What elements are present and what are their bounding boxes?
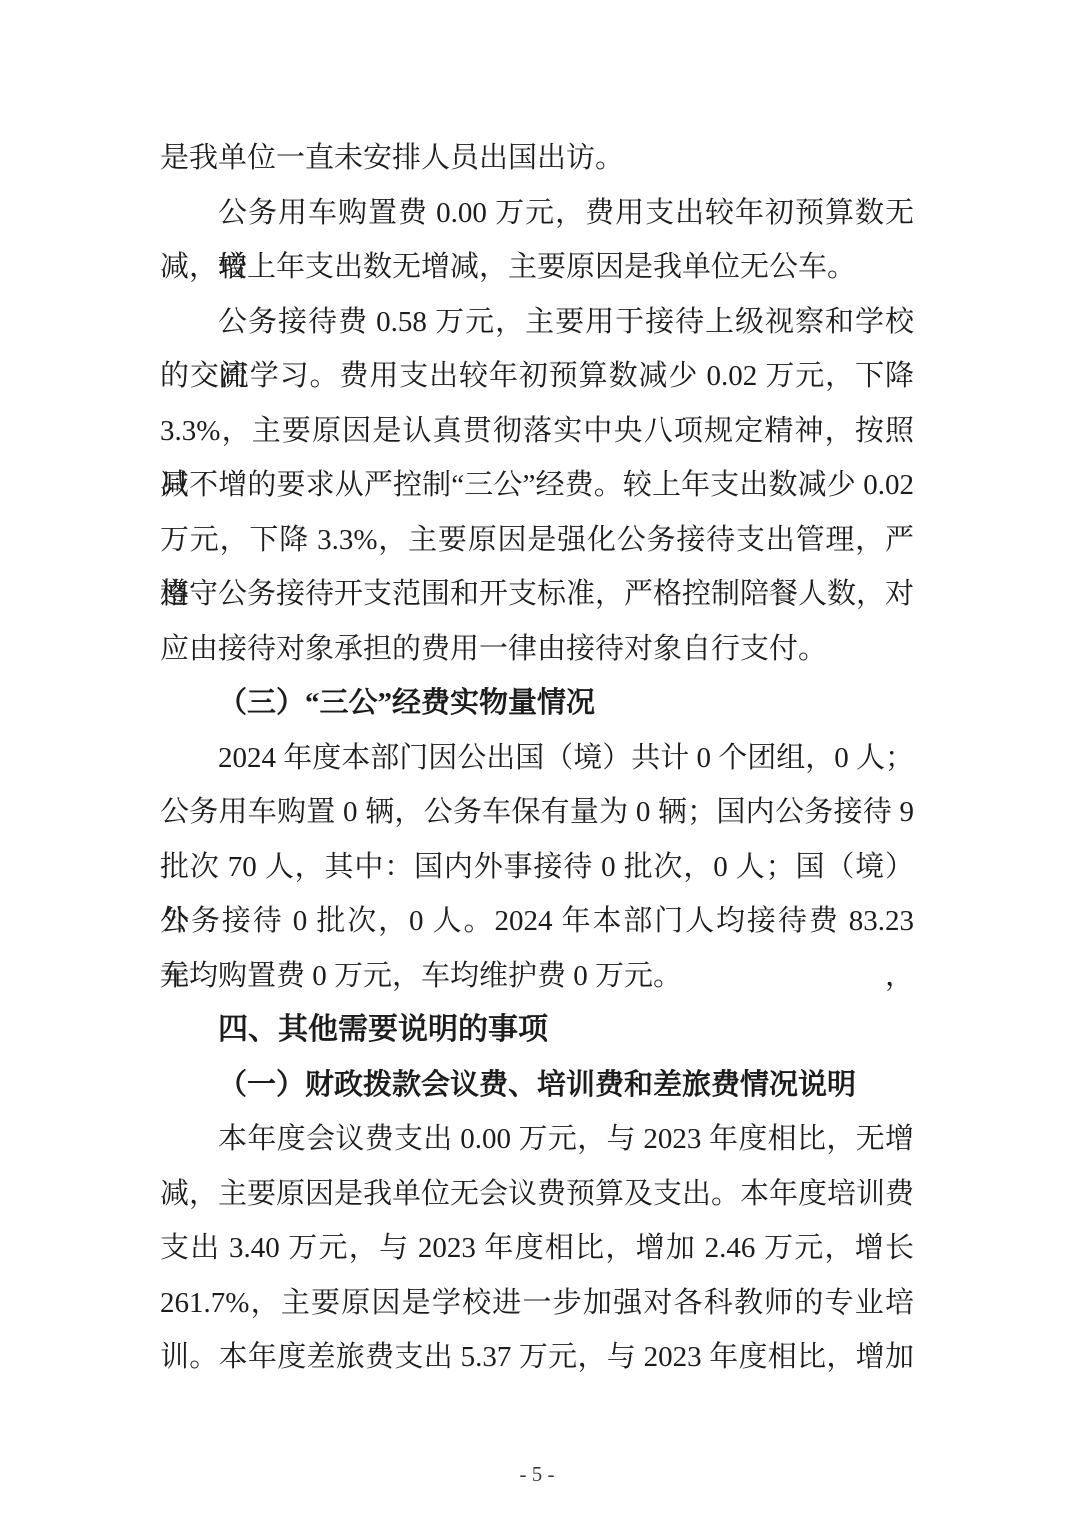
text-line: 本年度会议费支出 0.00 万元，与 2023 年度相比，无增 bbox=[160, 1112, 914, 1167]
text-line: 公务用车购置 0 辆，公务车保有量为 0 辆；国内公务接待 9 bbox=[160, 785, 914, 840]
text-line: 减，主要原因是我单位无会议费预算及支出。本年度培训费 bbox=[160, 1167, 914, 1222]
text-line: 应由接待对象承担的费用一律由接待对象自行支付。 bbox=[160, 622, 914, 677]
text-line: 遵守公务接待开支范围和开支标准，严格控制陪餐人数，对 bbox=[160, 567, 914, 622]
text-line: 批次 70 人，其中：国内外事接待 0 批次，0 人；国（境）外 bbox=[160, 840, 914, 895]
text-line: 2024 年度本部门因公出国（境）共计 0 个团组，0 人； bbox=[160, 731, 914, 786]
text-line: 公务用车购置费 0.00 万元，费用支出较年初预算数无增 bbox=[160, 186, 914, 241]
document-body: 是我单位一直未安排人员出国出访。公务用车购置费 0.00 万元，费用支出较年初预… bbox=[160, 131, 914, 1385]
text-line: 支出 3.40 万元，与 2023 年度相比，增加 2.46 万元，增长 bbox=[160, 1221, 914, 1276]
text-line: 是我单位一直未安排人员出国出访。 bbox=[160, 131, 914, 186]
text-line: 3.3%，主要原因是认真贯彻落实中央八项规定精神，按照只 bbox=[160, 404, 914, 459]
heading-line: （一）财政拨款会议费、培训费和差旅费情况说明 bbox=[160, 1058, 914, 1113]
text-line: 减，较上年支出数无增减，主要原因是我单位无公车。 bbox=[160, 240, 914, 295]
heading-line: （三）“三公”经费实物量情况 bbox=[160, 676, 914, 731]
document-page: 是我单位一直未安排人员出国出访。公务用车购置费 0.00 万元，费用支出较年初预… bbox=[0, 0, 1074, 1520]
text-line: 减不增的要求从严控制“三公”经费。较上年支出数减少 0.02 bbox=[160, 458, 914, 513]
text-line: 的交流学习。费用支出较年初预算数减少 0.02 万元，下降 bbox=[160, 349, 914, 404]
text-line: 公务接待 0 批次，0 人。2024 年本部门人均接待费 83.23 元， bbox=[160, 894, 914, 949]
text-line: 261.7%，主要原因是学校进一步加强对各科教师的专业培 bbox=[160, 1276, 914, 1331]
text-line: 训。本年度差旅费支出 5.37 万元，与 2023 年度相比，增加 bbox=[160, 1330, 914, 1385]
page-number: - 5 - bbox=[0, 1462, 1074, 1487]
heading-line: 四、其他需要说明的事项 bbox=[160, 1003, 914, 1058]
text-line: 公务接待费 0.58 万元，主要用于接待上级视察和学校间 bbox=[160, 295, 914, 350]
text-line: 万元，下降 3.3%，主要原因是强化公务接待支出管理，严格 bbox=[160, 513, 914, 568]
